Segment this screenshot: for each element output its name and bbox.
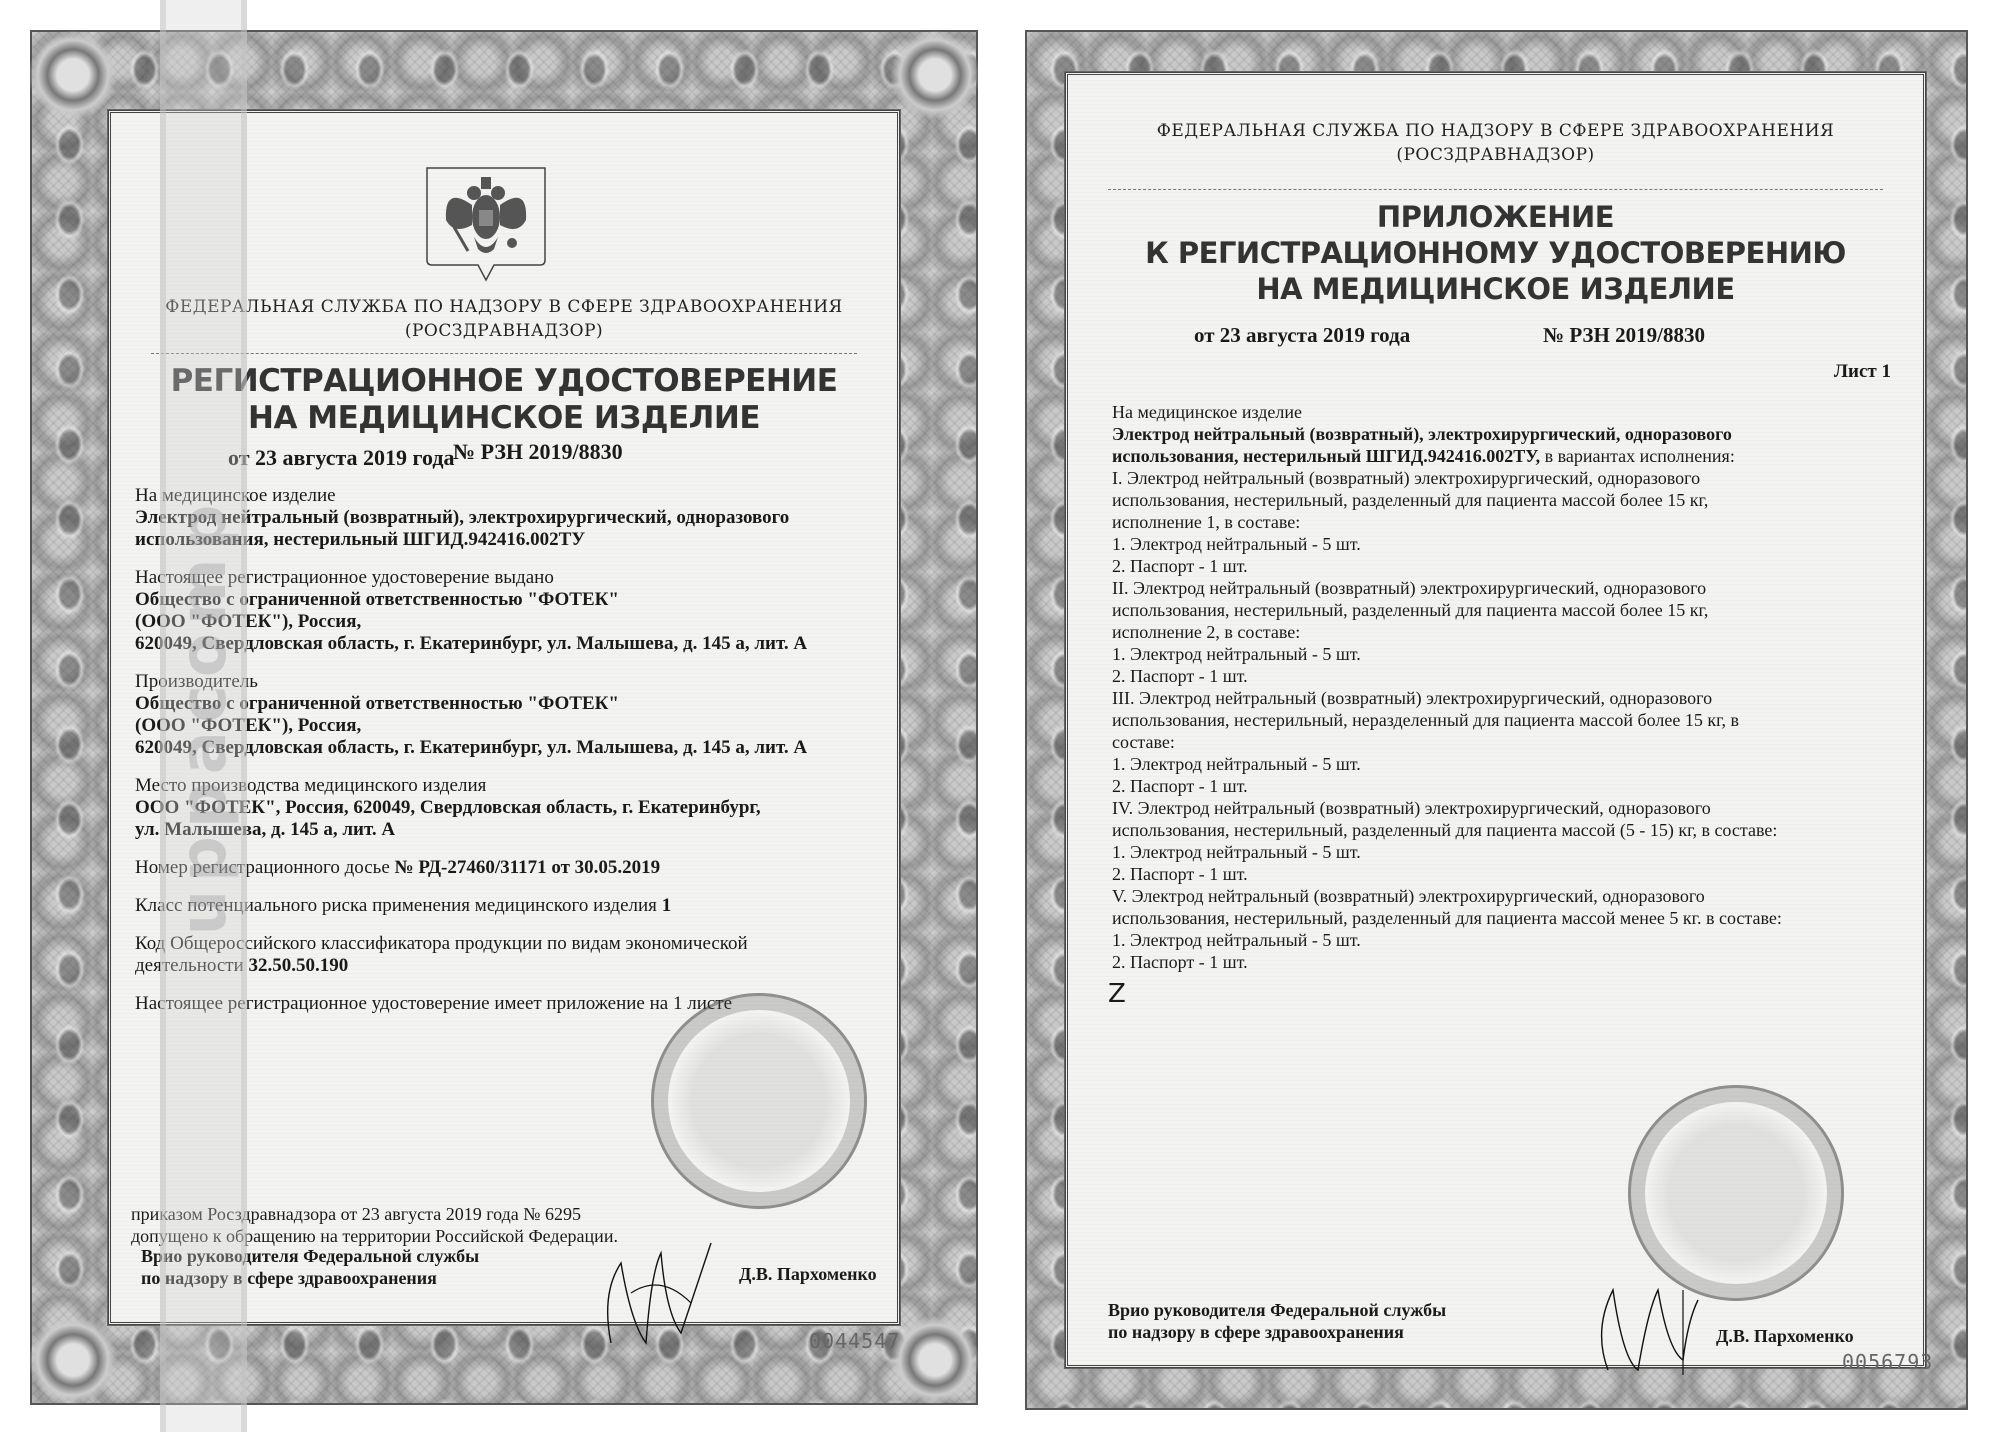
header-divider: [151, 353, 857, 354]
variant-component: 2. Паспорт - 1 шт.: [1112, 863, 1932, 885]
approval-order: приказом Росздравнадзора от 23 августа 2…: [131, 1203, 618, 1247]
annex-title: ПРИЛОЖЕНИЕ К РЕГИСТРАЦИОННОМУ УДОСТОВЕРЕ…: [1068, 199, 1923, 307]
production-site-value: ООО "ФОТЕК", Россия, 620049, Свердловска…: [135, 797, 855, 819]
variant-description: V. Электрод нейтральный (возвратный) эле…: [1112, 885, 1932, 907]
variant-component: 2. Паспорт - 1 шт.: [1112, 775, 1932, 797]
official-stamp: [651, 993, 867, 1209]
variant-description: исполнение 2, в составе:: [1112, 621, 1932, 643]
official-stamp: [1628, 1085, 1844, 1301]
issued-to-address: 620049, Свердловская область, г. Екатери…: [135, 633, 855, 655]
device-name: Электрод нейтральный (возвратный), элект…: [135, 507, 855, 529]
manufacturer-value: Общество с ограниченной ответственностью…: [135, 693, 855, 715]
signer-name: Д.В. Пархоменко: [739, 1263, 877, 1285]
issued-to-label: Настоящее регистрационное удостоверение …: [135, 567, 855, 589]
signature-icon: [591, 1233, 741, 1353]
risk-class: Класс потенциального риска применения ме…: [135, 895, 855, 917]
issued-to-value: (ООО "ФОТЕК"), Россия,: [135, 611, 855, 633]
agency-abbreviation: (РОСЗДРАВНАДЗОР): [1068, 143, 1923, 167]
device-name: Электрод нейтральный (возвратный), элект…: [1112, 423, 1932, 445]
certificate-body: ФЕДЕРАЛЬНАЯ СЛУЖБА ПО НАДЗОРУ В СФЕРЕ ЗД…: [108, 110, 900, 1325]
registration-certificate-page: ФЕДЕРАЛЬНАЯ СЛУЖБА ПО НАДЗОРУ В СФЕРЕ ЗД…: [30, 30, 978, 1405]
certificate-details: На медицинское изделие Электрод нейтраль…: [135, 485, 855, 1031]
variants-list: I. Электрод нейтральный (возвратный) эле…: [1112, 467, 1932, 973]
variant-component: 2. Паспорт - 1 шт.: [1112, 555, 1932, 577]
variant-description: I. Электрод нейтральный (возвратный) эле…: [1112, 467, 1932, 489]
annex-body: ФЕДЕРАЛЬНАЯ СЛУЖБА ПО НАДЗОРУ В СФЕРЕ ЗД…: [1065, 72, 1926, 1368]
variant-description: исполнение 1, в составе:: [1112, 511, 1932, 533]
serial-number: 0044547: [809, 1329, 900, 1353]
manufacturer-address: 620049, Свердловская область, г. Екатери…: [135, 737, 855, 759]
variant-component: 2. Паспорт - 1 шт.: [1112, 665, 1932, 687]
variant-description: II. Электрод нейтральный (возвратный) эл…: [1112, 577, 1932, 599]
issued-to-value: Общество с ограниченной ответственностью…: [135, 589, 855, 611]
variant-description: использования, нестерильный, неразделенн…: [1112, 709, 1932, 731]
sheet-number: Лист 1: [1834, 361, 1891, 383]
device-name: использования, нестерильный ШГИД.942416.…: [135, 529, 855, 551]
manufacturer-value: (ООО "ФОТЕК"), Россия,: [135, 715, 855, 737]
document-title: РЕГИСТРАЦИОННОЕ УДОСТОВЕРЕНИЕ НА МЕДИЦИН…: [111, 363, 897, 437]
variant-description: III. Электрод нейтральный (возвратный) э…: [1112, 687, 1932, 709]
variant-component: 1. Электрод нейтральный - 5 шт.: [1112, 533, 1932, 555]
variant-component: 1. Электрод нейтральный - 5 шт.: [1112, 841, 1932, 863]
production-site-label: Место производства медицинского изделия: [135, 775, 855, 797]
agency-abbreviation: (РОСЗДРАВНАДЗОР): [111, 319, 897, 343]
header-divider: [1108, 189, 1883, 190]
signer-name: Д.В. Пархоменко: [1716, 1325, 1854, 1347]
production-site-value: ул. Малышева, д. 145 а, лит. А: [135, 819, 855, 841]
device-label: На медицинское изделие: [1112, 401, 1932, 423]
okpd-code: Код Общероссийского классификатора проду…: [135, 933, 855, 977]
agency-header: ФЕДЕРАЛЬНАЯ СЛУЖБА ПО НАДЗОРУ В СФЕРЕ ЗД…: [111, 295, 897, 343]
variant-component: 2. Паспорт - 1 шт.: [1112, 951, 1932, 973]
signer-title: Врио руководителя Федеральной службы по …: [1108, 1299, 1446, 1343]
variant-component: 1. Электрод нейтральный - 5 шт.: [1112, 643, 1932, 665]
signer-title: Врио руководителя Федеральной службы по …: [141, 1245, 479, 1289]
variant-description: использования, нестерильный, разделенный…: [1112, 819, 1932, 841]
variant-description: IV. Электрод нейтральный (возвратный) эл…: [1112, 797, 1932, 819]
annex-details: На медицинское изделие Электрод нейтраль…: [1112, 401, 1932, 1009]
variant-component: 1. Электрод нейтральный - 5 шт.: [1112, 753, 1932, 775]
agency-name: ФЕДЕРАЛЬНАЯ СЛУЖБА ПО НАДЗОРУ В СФЕРЕ ЗД…: [111, 295, 897, 319]
agency-header: ФЕДЕРАЛЬНАЯ СЛУЖБА ПО НАДЗОРУ В СФЕРЕ ЗД…: [1068, 119, 1923, 167]
variant-description: использования, нестерильный, разделенный…: [1112, 599, 1932, 621]
device-name: использования, нестерильный ШГИД.942416.…: [1112, 446, 1540, 466]
signature-icon: [1588, 1270, 1728, 1380]
coat-of-arms-icon: [424, 165, 548, 283]
agency-name: ФЕДЕРАЛЬНАЯ СЛУЖБА ПО НАДЗОРУ В СФЕРЕ ЗД…: [1068, 119, 1923, 143]
annex-number: № РЗН 2019/8830: [1543, 323, 1705, 348]
variant-description: составе:: [1112, 731, 1932, 753]
annex-page: ФЕДЕРАЛЬНАЯ СЛУЖБА ПО НАДЗОРУ В СФЕРЕ ЗД…: [1025, 30, 1968, 1410]
end-mark: Z: [1108, 979, 1932, 1009]
variant-description: использования, нестерильный, разделенный…: [1112, 489, 1932, 511]
manufacturer-label: Производитель: [135, 671, 855, 693]
serial-number: 0056793: [1842, 1350, 1933, 1374]
certificate-number: № РЗН 2019/8830: [453, 439, 623, 465]
annex-date: от 23 августа 2019 года: [1194, 323, 1410, 348]
device-label: На медицинское изделие: [135, 485, 855, 507]
dossier-number: Номер регистрационного досье № РД-27460/…: [135, 857, 855, 879]
variant-component: 1. Электрод нейтральный - 5 шт.: [1112, 929, 1932, 951]
variant-description: использования, нестерильный, разделенный…: [1112, 907, 1932, 929]
certificate-date: от 23 августа 2019 года: [228, 445, 455, 471]
